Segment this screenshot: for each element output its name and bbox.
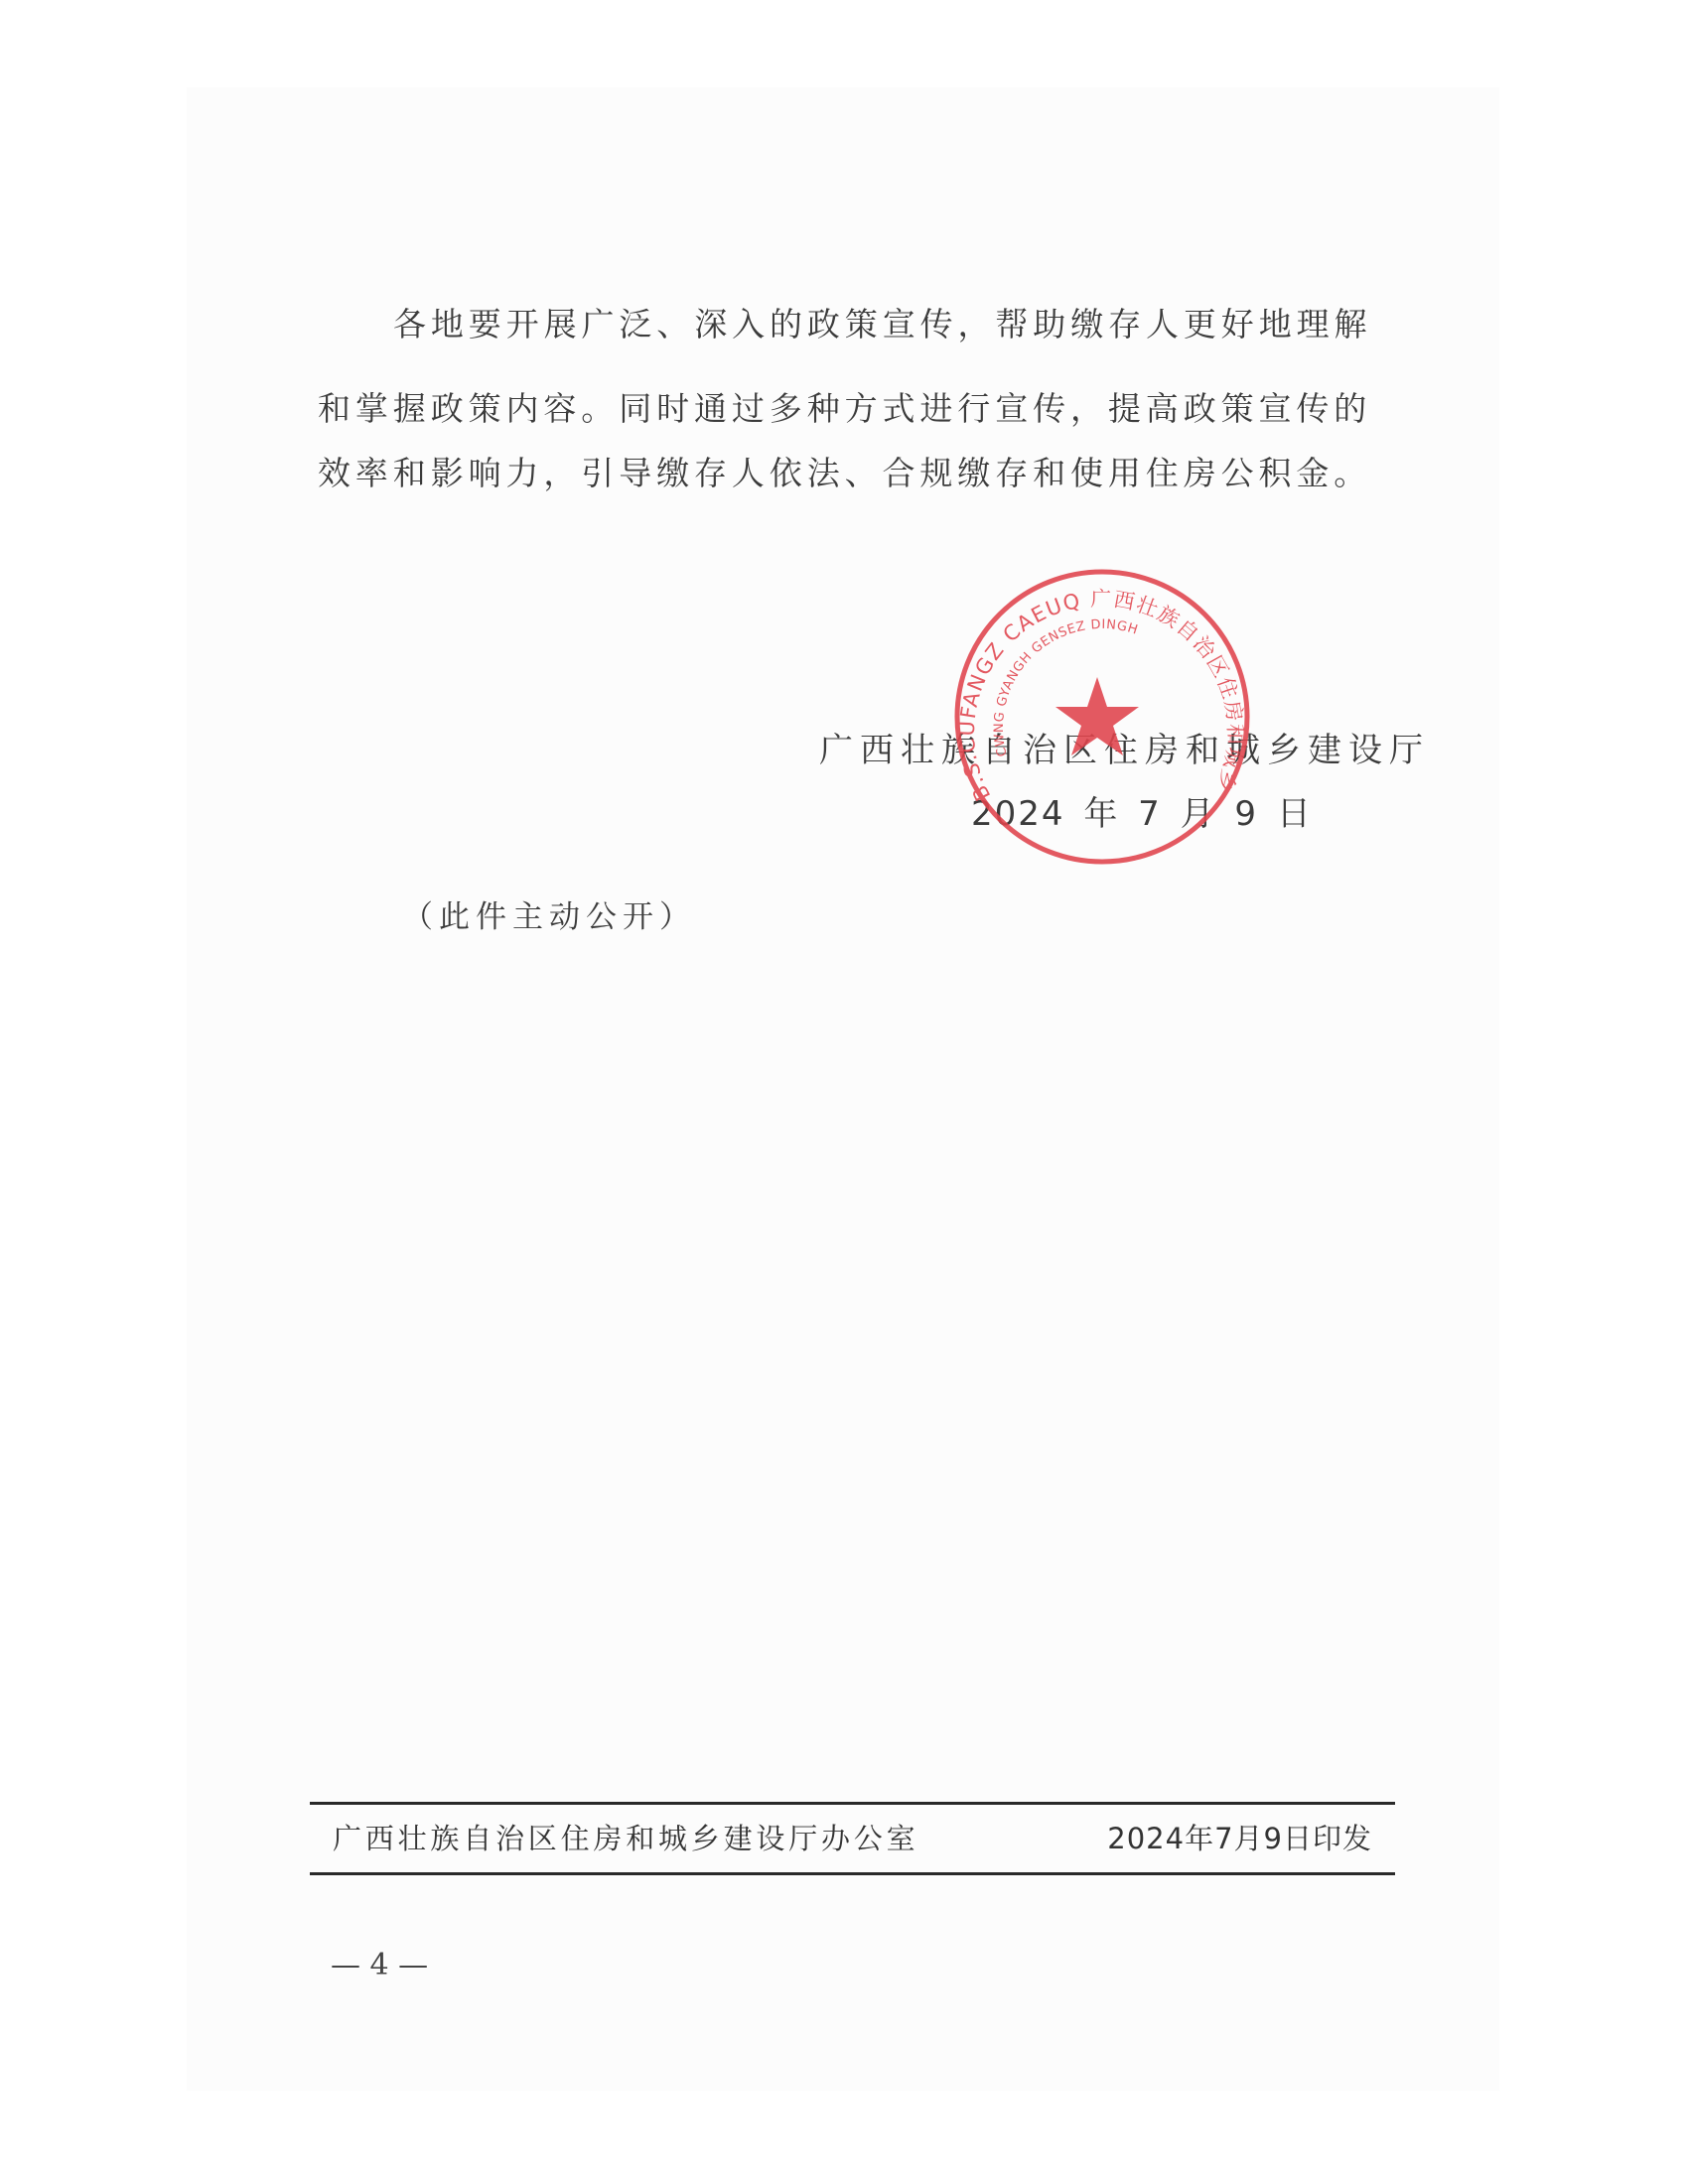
- footer-issue-date: 2024年7月9日印发: [1074, 1820, 1372, 1857]
- footer-issuing-office: 广西壮族自治区住房和城乡建设厅办公室: [333, 1820, 918, 1857]
- paragraph-line: 各地要开展广泛、深入的政策宣传，帮助缴存人更好地理解: [393, 305, 1466, 344]
- disclosure-note: （此件主动公开）: [402, 897, 696, 937]
- official-seal: B.S.CUFANGZ CAEUQ 广西壮族自治区住房和城乡建设厅 CWNG G…: [951, 566, 1253, 868]
- footer-rule-bottom: [310, 1872, 1395, 1875]
- paragraph-line: 效率和影响力，引导缴存人依法、合规缴存和使用住房公积金。: [318, 454, 1390, 493]
- paragraph-line: 和掌握政策内容。同时通过多种方式进行宣传，提高政策宣传的: [318, 389, 1390, 429]
- star-icon: [1055, 677, 1139, 755]
- scanned-page: [187, 87, 1499, 2091]
- page-number: — 4 —: [331, 1948, 428, 1983]
- footer-rule-top: [310, 1802, 1395, 1805]
